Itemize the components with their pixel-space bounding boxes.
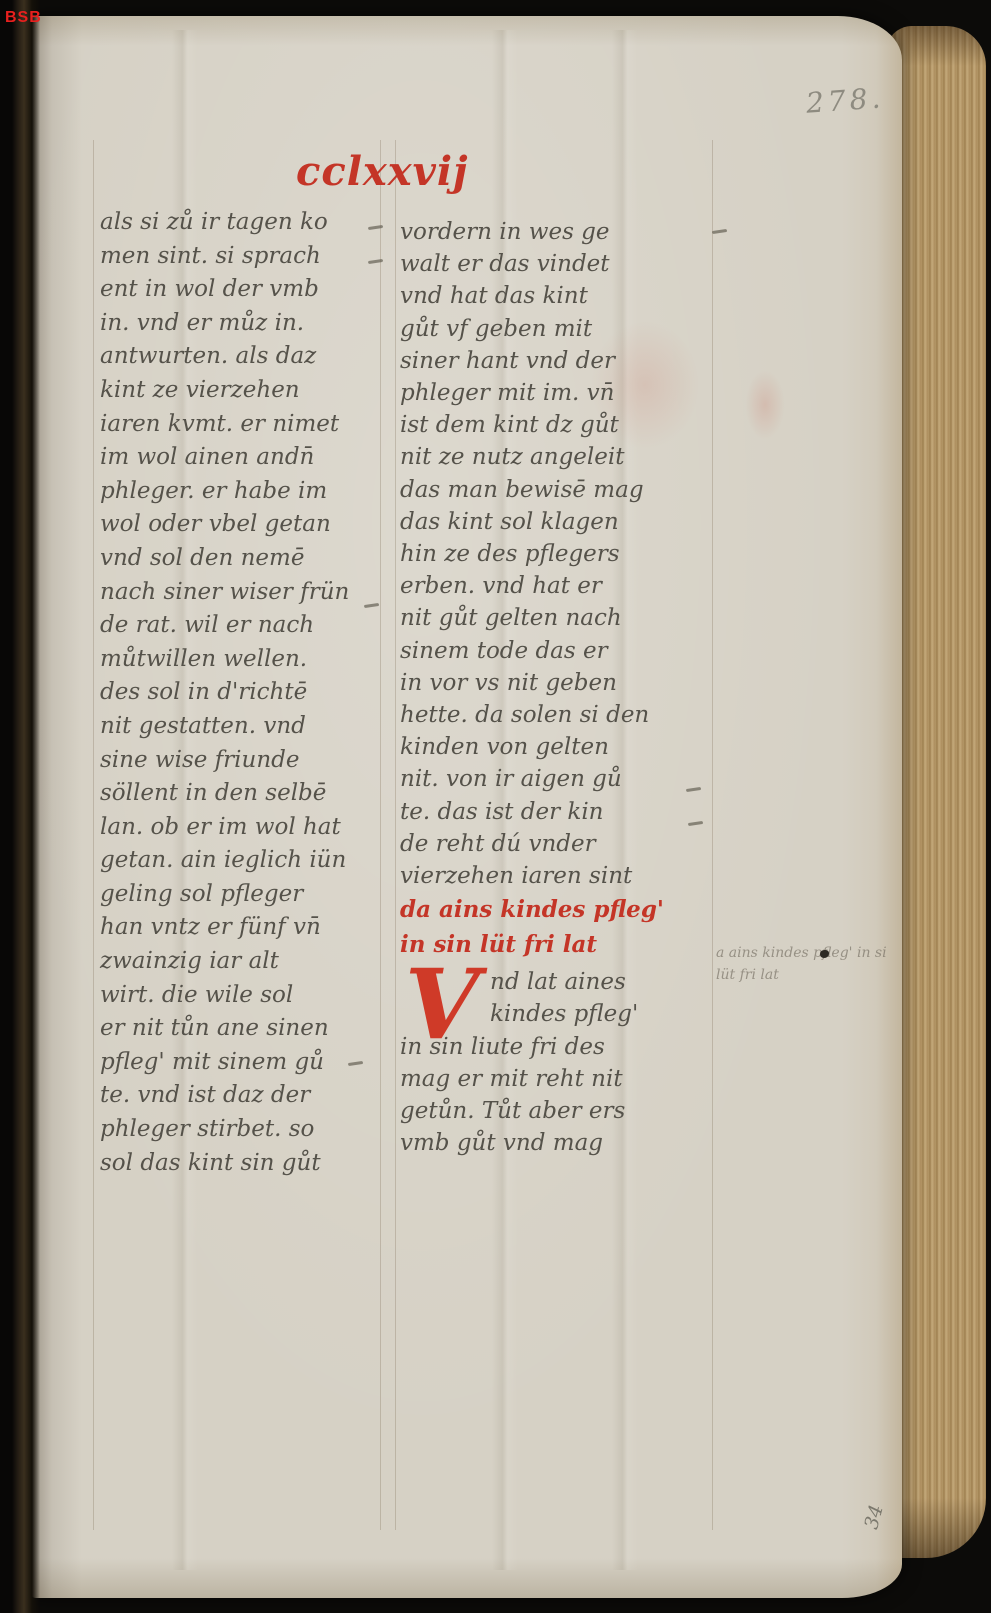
text-line: als si zů ir tagen ko bbox=[100, 206, 388, 240]
text-line: iaren kvmt. er nimet bbox=[100, 408, 388, 442]
text-line: te. vnd ist daz der bbox=[100, 1079, 388, 1113]
text-line: te. das ist der kin bbox=[400, 796, 718, 828]
text-line: men sint. si sprach bbox=[100, 240, 388, 274]
text-line: geling sol pfleger bbox=[100, 878, 388, 912]
text-line: vmb gůt vnd mag bbox=[400, 1127, 718, 1159]
text-line: pfleg' mit sinem gů bbox=[100, 1046, 388, 1080]
text-line: nit ze nutz angeleit bbox=[400, 441, 718, 473]
book-binding-gutter bbox=[0, 0, 40, 1613]
text-line: in. vnd er můz in. bbox=[100, 307, 388, 341]
bsb-library-watermark: BSB bbox=[5, 9, 42, 27]
text-line: nit gůt gelten nach bbox=[400, 602, 718, 634]
text-line: kint ze vierzehen bbox=[100, 374, 388, 408]
text-line: söllent in den selbē bbox=[100, 777, 388, 811]
text-line: siner hant vnd der bbox=[400, 345, 718, 377]
text-line: zwainzig iar alt bbox=[100, 945, 388, 979]
text-line: vnd hat das kint bbox=[400, 280, 718, 312]
column-ruling-line bbox=[395, 140, 396, 1530]
text-line: mag er mit reht nit bbox=[400, 1063, 718, 1095]
text-line: nach siner wiser frün bbox=[100, 576, 388, 610]
text-line: getan. ain ieglich iün bbox=[100, 844, 388, 878]
right-column-body: vordern in wes gewalt er das vindetvnd h… bbox=[400, 216, 718, 892]
folio-number: 278. bbox=[805, 81, 885, 119]
marginal-guide-note: a ains kindes pfleg' in silüt fri lat bbox=[716, 942, 946, 986]
text-line: wol oder vbel getan bbox=[100, 508, 388, 542]
text-line: erben. vnd hat er bbox=[400, 570, 718, 602]
text-line: das man bewisē mag bbox=[400, 474, 718, 506]
text-line: das kint sol klagen bbox=[400, 506, 718, 538]
text-line: sine wise friunde bbox=[100, 744, 388, 778]
text-line: in sin liute fri des bbox=[400, 1031, 718, 1063]
column-ruling-line bbox=[93, 140, 94, 1530]
text-line: phleger mit im. vn̄ bbox=[400, 377, 718, 409]
text-line: vierzehen iaren sint bbox=[400, 860, 718, 892]
rubricated-initial-letter: V bbox=[400, 966, 484, 1030]
text-line: sinem tode das er bbox=[400, 635, 718, 667]
text-line: a ains kindes pfleg' in si bbox=[716, 942, 946, 964]
ink-bleed-spot bbox=[745, 370, 785, 440]
text-column-left: als si zů ir tagen komen sint. si sprach… bbox=[100, 206, 388, 1180]
text-line: sol das kint sin gůt bbox=[100, 1147, 388, 1181]
text-line: vordern in wes ge bbox=[400, 216, 718, 248]
text-line: ist dem kint dz gůt bbox=[400, 409, 718, 441]
text-line: nit. von ir aigen gů bbox=[400, 763, 718, 795]
text-line: ent in wol der vmb bbox=[100, 273, 388, 307]
text-line: kinden von gelten bbox=[400, 731, 718, 763]
text-line: des sol in d'richtē bbox=[100, 676, 388, 710]
text-line: in vor vs nit geben bbox=[400, 667, 718, 699]
text-line: getůn. Tůt aber ers bbox=[400, 1095, 718, 1127]
text-line: lüt fri lat bbox=[716, 964, 946, 986]
text-line: im wol ainen andn̄ bbox=[100, 441, 388, 475]
text-line: de reht dú vnder bbox=[400, 828, 718, 860]
text-line: lan. ob er im wol hat bbox=[100, 811, 388, 845]
text-column-right: vordern in wes gewalt er das vindetvnd h… bbox=[400, 216, 718, 1159]
text-line: vnd sol den nemē bbox=[100, 542, 388, 576]
rubric-heading: da ains kindes pfleg'in sin lüt fri lat bbox=[400, 892, 718, 962]
text-line: han vntz er fünf vn̄ bbox=[100, 911, 388, 945]
text-line: da ains kindes pfleg' bbox=[400, 892, 718, 927]
text-line: nit gestatten. vnd bbox=[100, 710, 388, 744]
text-line: in sin lüt fri lat bbox=[400, 927, 718, 962]
text-line: er nit tůn ane sinen bbox=[100, 1012, 388, 1046]
text-line: walt er das vindet bbox=[400, 248, 718, 280]
new-section-paragraph: V nd lat aineskindes pfleg'in sin liute … bbox=[400, 966, 718, 1159]
text-line: hette. da solen si den bbox=[400, 699, 718, 731]
text-line: hin ze des pflegers bbox=[400, 538, 718, 570]
text-line: phleger stirbet. so bbox=[100, 1113, 388, 1147]
text-line: gůt vf geben mit bbox=[400, 313, 718, 345]
chapter-number-rubric: cclxxvij bbox=[296, 148, 469, 195]
text-line: můtwillen wellen. bbox=[100, 643, 388, 677]
text-line: antwurten. als daz bbox=[100, 340, 388, 374]
text-line: phleger. er habe im bbox=[100, 475, 388, 509]
text-line: de rat. wil er nach bbox=[100, 609, 388, 643]
text-line: wirt. die wile sol bbox=[100, 979, 388, 1013]
